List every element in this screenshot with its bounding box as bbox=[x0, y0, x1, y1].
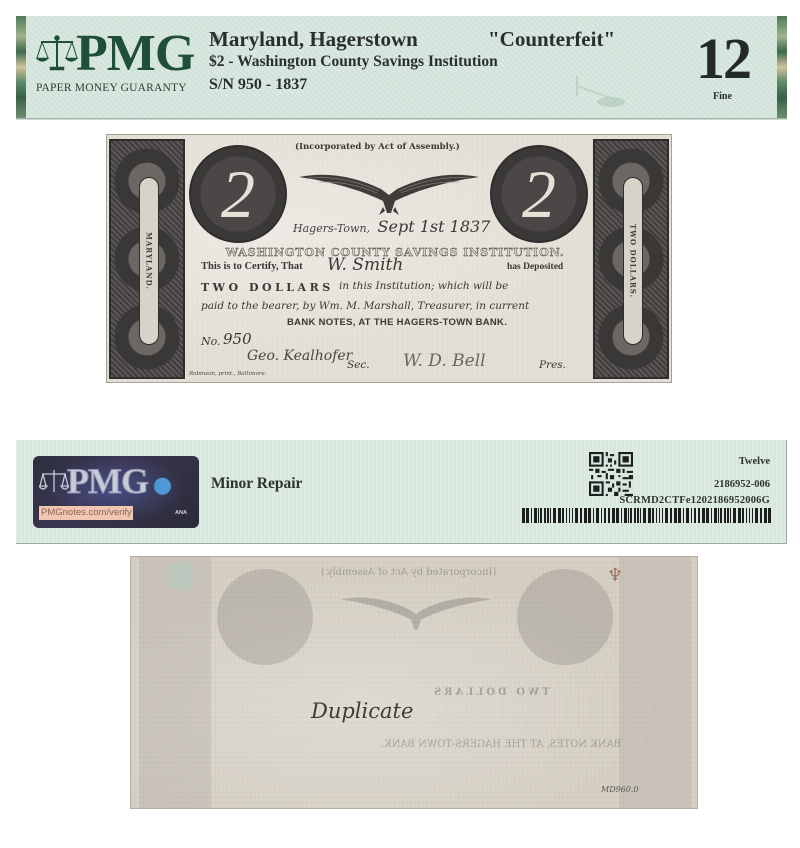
mirrored-amount: TWO DOLLARS bbox=[431, 687, 550, 698]
place-text: Hagers-Town, bbox=[293, 222, 370, 235]
barcode-text: SCRMD2CTFe1202186952006G bbox=[619, 495, 770, 506]
certify-text: This is to Certify, That bbox=[201, 261, 303, 272]
end-panel-text-left: MARYLAND. bbox=[145, 232, 154, 290]
eagle-icon bbox=[299, 167, 479, 217]
end-panel-left: MARYLAND. bbox=[109, 139, 185, 379]
scales-of-justice-icon bbox=[39, 468, 69, 496]
deposited-text: has Deposited bbox=[507, 262, 563, 272]
end-panel-slot: MARYLAND. bbox=[139, 177, 159, 345]
counterfeit-designation: "Counterfeit" bbox=[488, 27, 615, 52]
sec-label: Sec. bbox=[347, 359, 370, 371]
label-comment: Minor Repair bbox=[211, 475, 302, 493]
grade-number: 12 bbox=[696, 30, 750, 88]
qr-code-icon[interactable] bbox=[589, 452, 633, 496]
banknote-front: MARYLAND. TWO DOLLARS. 2 2 (Incorporated… bbox=[106, 134, 672, 383]
pmg-hologram: PMG PMGnotes.com/verify ANA bbox=[33, 456, 199, 528]
banknote-back: (Incorporated by Act of Assembly.) TWO D… bbox=[130, 556, 698, 809]
inventory-mark: MD960.0 bbox=[601, 785, 639, 794]
ghost-eagle-icon bbox=[331, 591, 501, 633]
repair-patch bbox=[169, 563, 193, 589]
barcode-icon[interactable] bbox=[522, 508, 773, 523]
pmg-brand: PMG bbox=[76, 28, 194, 80]
mirrored-bank-notes: BANK NOTES, AT THE HAGERS-TOWN BANK. bbox=[381, 739, 621, 750]
grading-label-top: PMG ® PAPER MONEY GUARANTY Maryland, Hag… bbox=[16, 16, 787, 119]
scales-watermark-icon bbox=[571, 76, 631, 108]
incorporation-text: (Incorporated by Act of Assembly.) bbox=[295, 142, 460, 152]
end-panel-slot: TWO DOLLARS. bbox=[623, 177, 643, 345]
institution-text: in this Institution; which will be bbox=[339, 280, 508, 292]
ana-logo: ANA bbox=[175, 510, 187, 516]
note-description: $2 - Washington County Savings Instituti… bbox=[209, 53, 498, 71]
end-panel-right: TWO DOLLARS. bbox=[593, 139, 669, 379]
president-signature: W. D. Bell bbox=[403, 351, 486, 371]
denomination-numeral: 2 bbox=[191, 147, 285, 241]
depositor-handwritten: W. Smith bbox=[327, 255, 403, 275]
scales-of-justice-icon bbox=[36, 34, 78, 72]
place-and-date: Hagers-Town, Sept 1st 1837 bbox=[293, 217, 490, 236]
handwritten-date: Sept 1st 1837 bbox=[378, 217, 491, 236]
pres-label: Pres. bbox=[539, 359, 566, 371]
bank-notes-text: BANK NOTES, AT THE HAGERS-TOWN BANK. bbox=[287, 317, 507, 328]
serial-and-year: S/N 950 - 1837 bbox=[209, 76, 307, 94]
serial-label: No. bbox=[201, 335, 221, 348]
secretary-signature: Geo. Kealhofer bbox=[247, 348, 352, 364]
ghost-denomination-left bbox=[217, 569, 313, 665]
hologram-brand: PMG bbox=[67, 460, 148, 502]
security-strip-right bbox=[777, 16, 787, 118]
serial-handwritten: 950 bbox=[223, 330, 252, 348]
grading-label-bottom: PMG PMGnotes.com/verify ANA Minor Repair… bbox=[16, 440, 787, 544]
end-panel-text-right: TWO DOLLARS. bbox=[629, 224, 638, 298]
ghost-denomination-right bbox=[517, 569, 613, 665]
back-pencil-mark: ♆ bbox=[607, 565, 623, 586]
denomination-circle-left: 2 bbox=[189, 145, 287, 243]
amount-words: TWO DOLLARS bbox=[201, 281, 334, 294]
grade-label: Fine bbox=[713, 91, 732, 102]
note-title: Maryland, Hagerstown bbox=[209, 27, 418, 52]
printer-imprint: Robinson, print., Baltimore. bbox=[189, 371, 267, 377]
grade-text: Twelve bbox=[739, 456, 770, 467]
mirrored-incorporation: (Incorporated by Act of Assembly.) bbox=[321, 567, 496, 578]
ghost-end-panel-right bbox=[619, 557, 691, 808]
cert-number: 2186952-006 bbox=[714, 479, 770, 490]
duplicate-handwritten: Duplicate bbox=[311, 699, 413, 723]
denomination-circle-right: 2 bbox=[490, 145, 588, 243]
verify-url[interactable]: PMGnotes.com/verify bbox=[39, 506, 133, 520]
security-strip-left bbox=[16, 16, 26, 118]
denomination-numeral: 2 bbox=[492, 147, 586, 241]
ghost-end-panel-left bbox=[139, 557, 211, 808]
payee-text: paid to the bearer, by Wm. M. Marshall, … bbox=[201, 300, 529, 312]
pmg-tagline: PAPER MONEY GUARANTY bbox=[36, 82, 187, 94]
